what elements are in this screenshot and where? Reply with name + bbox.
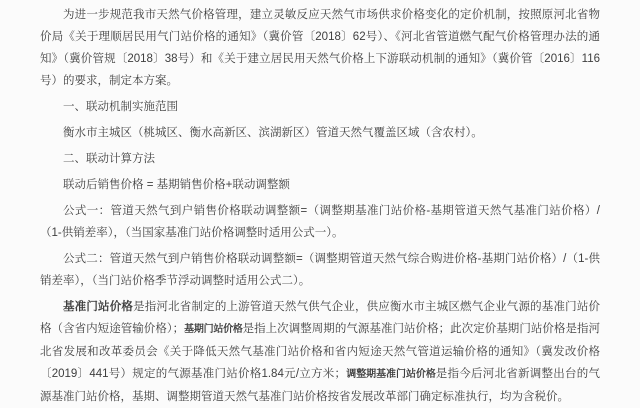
scope-paragraph: 衡水市主城区（桃城区、衡水高新区、滨湖新区）管道天然气覆盖区域（含农村）。 [40,122,600,144]
term-base-period-gate-price: 基期门站价格 [184,324,242,335]
intro-paragraph: 为进一步规范我市天然气价格管理，建立灵敏反应天然气市场供求价格变化的定价机制，按… [40,4,600,92]
section-heading-scope: 一、联动机制实施范围 [40,96,600,118]
term-benchmark-gate-price: 基准门站价格 [63,301,133,313]
document-page: { "colors": { "background": "#fbfbfb", "… [0,0,640,408]
term-adjustment-period-gate-price: 调整期基准门站价格 [346,369,436,380]
base-formula-line: 联动后销售价格 = 基期销售价格+联动调整额 [40,174,600,196]
document-content: 为进一步规范我市天然气价格管理，建立灵敏反应天然气市场供求价格变化的定价机制，按… [0,0,640,408]
definitions-paragraph: 基准门站价格是指河北省制定的上游管道天然气供气企业，供应衡水市主城区燃气企业气源… [40,296,600,408]
section-heading-method: 二、联动计算方法 [40,148,600,170]
formula-two-paragraph: 公式二：管道天然气到户销售价格联动调整额=（调整期管道天然气综合购进价格-基期门… [40,248,600,292]
formula-one-paragraph: 公式一：管道天然气到户销售价格联动调整额=（调整期基准门站价格-基期管道天然气基… [40,200,600,244]
